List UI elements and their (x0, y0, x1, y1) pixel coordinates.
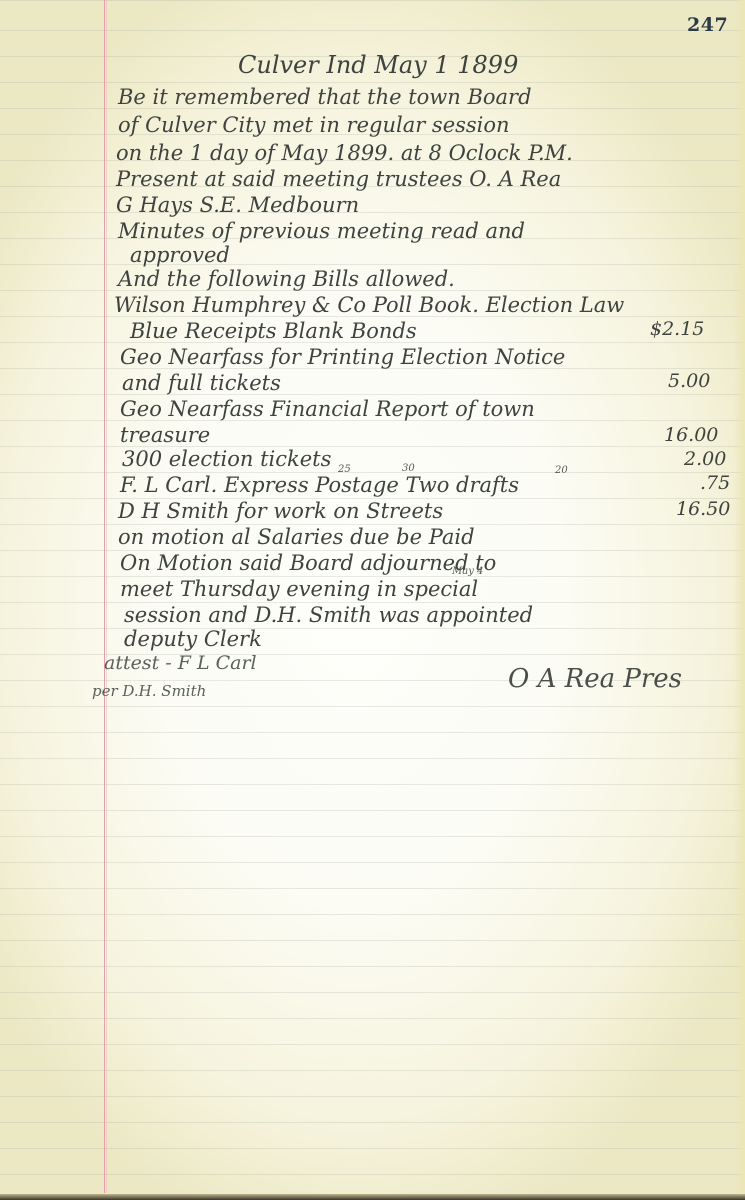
margin-rule (104, 0, 105, 1193)
interlinear-figure: 20 (555, 465, 568, 476)
body-line: on the 1 day of May 1899. at 8 Oclock P.… (116, 140, 573, 166)
heading-place-date: Culver Ind May 1 1899 (238, 52, 518, 78)
bill-line: F. L Carl. Express Postage Two drafts (120, 472, 519, 498)
bill-amount: $2.15 (650, 318, 704, 340)
bill-line: and full tickets (122, 370, 281, 396)
bill-line: Wilson Humphrey & Co Poll Book. Election… (114, 292, 624, 318)
bill-amount: 2.00 (684, 448, 726, 470)
president-signature: O A Rea Pres (508, 664, 682, 694)
closing-line: session and D.H. Smith was appointed (124, 602, 533, 628)
body-line: Minutes of previous meeting read and (118, 218, 525, 244)
body-line: Be it remembered that the town Board (118, 84, 532, 110)
page-bottom-edge (0, 1194, 745, 1200)
page-number: 247 (687, 14, 728, 36)
closing-line: deputy Clerk (124, 626, 262, 652)
body-line: approved (130, 242, 230, 268)
page-edge-tint (733, 0, 745, 1200)
ledger-page: 247 Culver Ind May 1 1899 Be it remember… (0, 0, 745, 1200)
closing-line: On Motion said Board adjourned to (120, 550, 496, 576)
bill-amount: 16.00 (664, 424, 718, 446)
bill-line: Blue Receipts Blank Bonds (130, 318, 417, 344)
bill-amount: 16.50 (676, 498, 730, 520)
margin-rule-shadow (106, 0, 107, 1193)
closing-line: meet Thursday evening in special (120, 576, 478, 602)
bill-line: 300 election tickets (122, 446, 331, 472)
attest-line: attest - F L Carl (104, 650, 257, 676)
attest-per-line: per D.H. Smith (92, 678, 206, 704)
body-line: of Culver City met in regular session (118, 112, 510, 138)
body-line: G Hays S.E. Medbourn (116, 192, 359, 218)
closing-line: on motion al Salaries due be Paid (118, 524, 475, 550)
bill-line: Geo Nearfass Financial Report of town (120, 396, 535, 422)
body-line: And the following Bills allowed. (118, 266, 455, 292)
bill-line: Geo Nearfass for Printing Election Notic… (120, 344, 565, 370)
body-line: Present at said meeting trustees O. A Re… (116, 166, 561, 192)
bill-amount: .75 (700, 472, 730, 494)
bill-line: treasure (120, 422, 210, 448)
bill-line: D H Smith for work on Streets (118, 498, 443, 524)
bill-amount: 5.00 (668, 370, 710, 392)
